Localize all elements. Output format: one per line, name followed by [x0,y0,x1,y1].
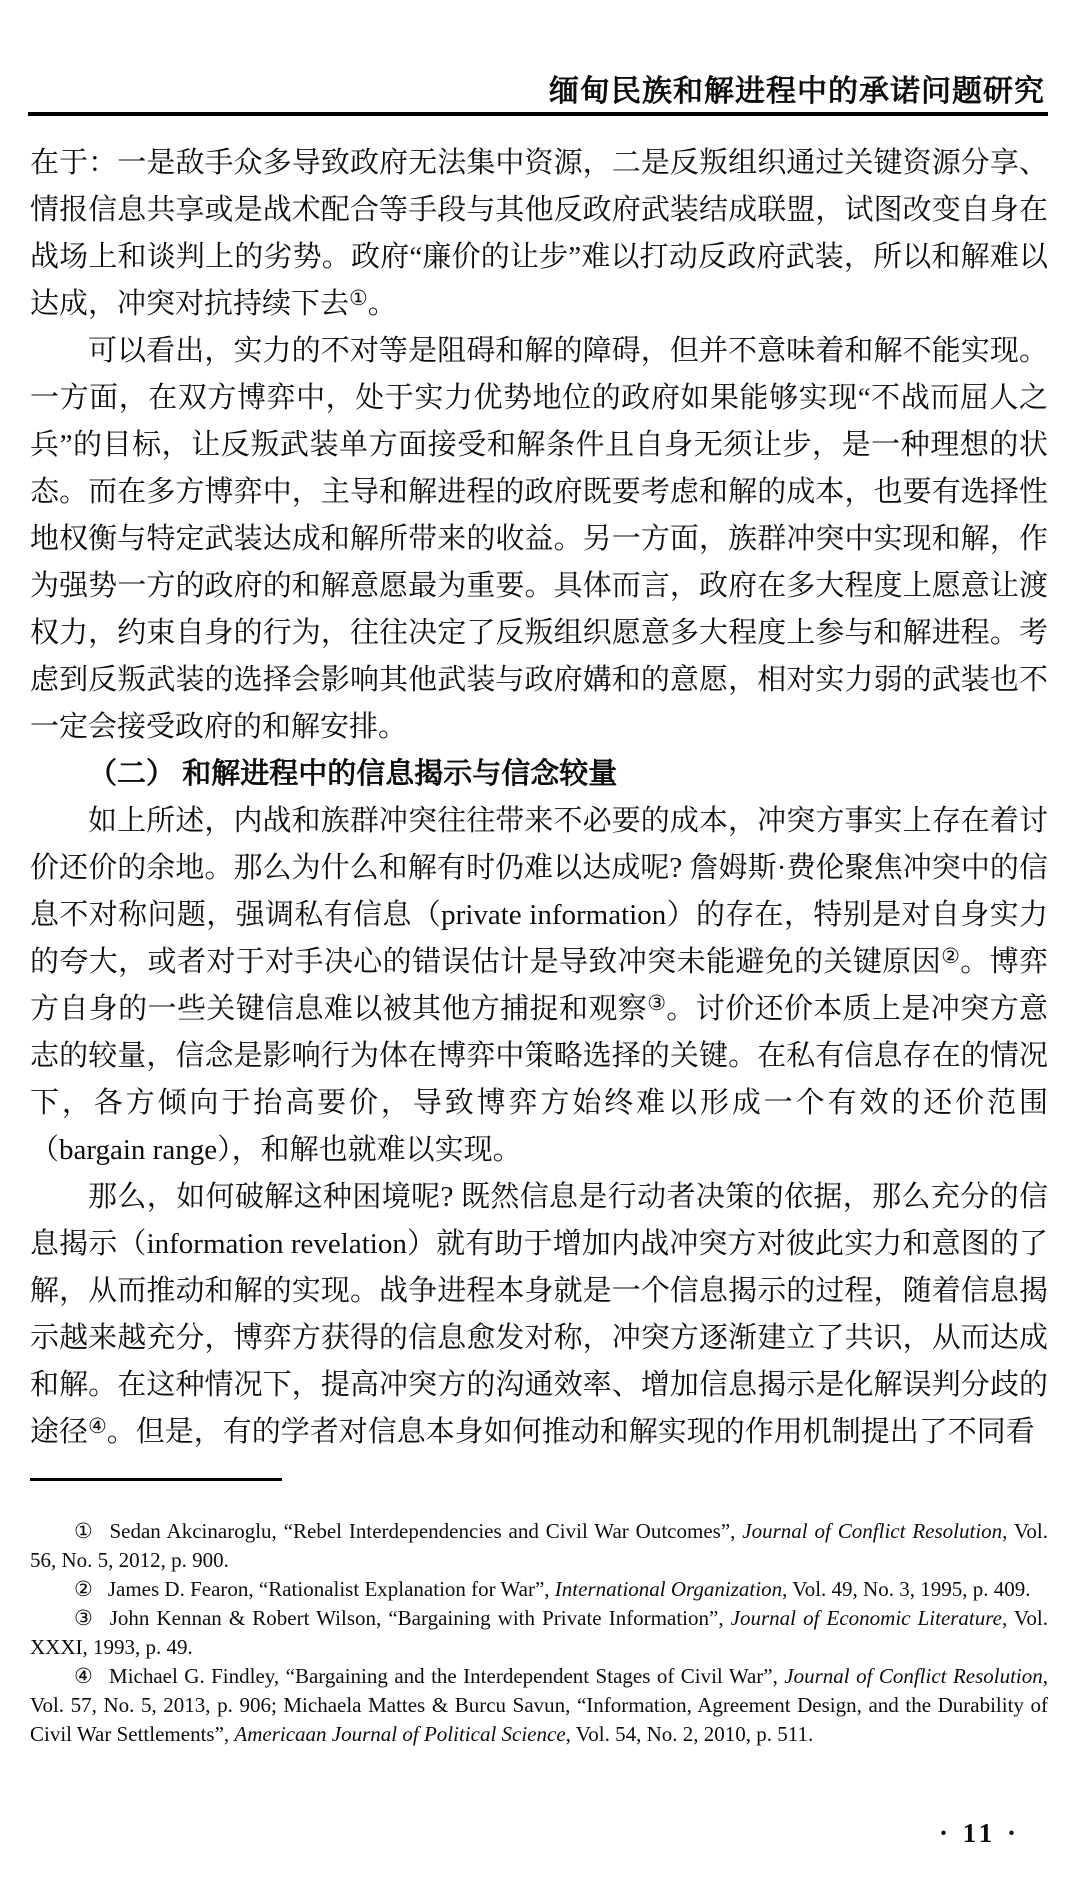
footnote-marker: ① [74,1519,94,1543]
footnote-divider [30,1478,282,1481]
paragraph-continuation: 在于：一是敌手众多导致政府无法集中资源，二是反叛组织通过关键资源分享、情报信息共… [30,140,1048,328]
header-rule [28,112,1048,116]
paragraph: 可以看出，实力的不对等是阻碍和解的障碍，但并不意味着和解不能实现。一方面，在双方… [30,328,1048,751]
paragraph: 那么，如何破解这种困境呢? 既然信息是行动者决策的依据，那么充分的信息揭示（in… [30,1174,1048,1456]
book-page: 缅甸民族和解进程中的承诺问题研究 在于：一是敌手众多导致政府无法集中资源，二是反… [0,0,1078,1881]
footnote-text: Michael G. Findley, “Bargaining and the … [30,1664,1048,1746]
footnote-text: John Kennan & Robert Wilson, “Bargaining… [30,1606,1048,1659]
footnote-item: ①Sedan Akcinaroglu, “Rebel Interdependen… [30,1517,1048,1575]
footnote-marker: ③ [74,1606,95,1630]
page-number: · 11 · [939,1818,1020,1849]
footnotes-section: ①Sedan Akcinaroglu, “Rebel Interdependen… [30,1478,1048,1749]
paragraph: 如上所述，内战和族群冲突往往带来不必要的成本，冲突方事实上存在着讨价还价的余地。… [30,798,1048,1174]
footnote-item: ②James D. Fearon, “Rationalist Explanati… [30,1575,1048,1604]
footnote-text: James D. Fearon, “Rationalist Explanatio… [108,1577,1031,1601]
section-heading: （二） 和解进程中的信息揭示与信念较量 [30,751,1048,798]
body-text: 在于：一是敌手众多导致政府无法集中资源，二是反叛组织通过关键资源分享、情报信息共… [30,140,1048,1456]
footnote-item: ④Michael G. Findley, “Bargaining and the… [30,1662,1048,1749]
footnote-item: ③John Kennan & Robert Wilson, “Bargainin… [30,1604,1048,1662]
footnote-text: Sedan Akcinaroglu, “Rebel Interdependenc… [30,1519,1048,1572]
footnote-marker: ② [74,1577,93,1601]
running-head-title: 缅甸民族和解进程中的承诺问题研究 [30,66,1045,110]
footnote-marker: ④ [74,1664,94,1688]
